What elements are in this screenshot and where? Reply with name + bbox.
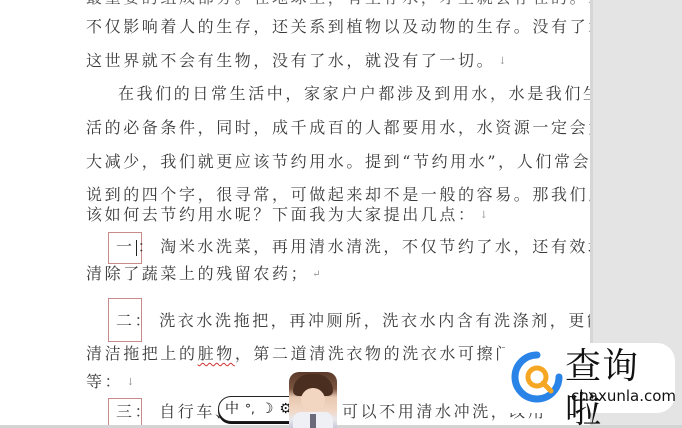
avatar-face	[301, 388, 325, 412]
doc-line-0: 最重要的组成部分。在地球上，有生存水，才生就会存在的。水	[86, 0, 607, 8]
item-1-line-2-text: 清除了蔬菜上的残留农药；	[86, 264, 309, 283]
paragraph-mark: ↓	[126, 377, 134, 388]
item-2-line-2-pre: 清洁拖把上的	[86, 344, 198, 363]
doc-line-7: 该如何去节约用水呢？下面我为大家提出几点：↓	[86, 205, 488, 226]
item-1-label: 一	[116, 237, 135, 256]
item-1-label-suffix: ：	[138, 237, 157, 256]
magnifier-logo-icon	[511, 351, 563, 403]
item-1-line-2: 清除了蔬菜上的残留农药；↵	[86, 264, 321, 285]
item-1-line-1[interactable]: 一：淘米水洗菜，再用清水清洗，不仅节约了水，还有效地	[116, 237, 607, 257]
paragraph-mark: ↓	[480, 210, 488, 221]
text-cursor	[136, 240, 137, 256]
doc-line-4: 活的必备条件，同时，成千成百的人都要用水，水资源一定会大	[86, 118, 607, 138]
word-processor-viewport: 最重要的组成部分。在地球上，有生存水，才生就会存在的。水 不仅影响着人的生存，还…	[0, 0, 682, 428]
item-1-text: 淘米水洗菜，再用清水清洗，不仅节约了水，还有效地	[160, 237, 606, 256]
paragraph-mark: ↓	[498, 56, 506, 67]
doc-line-1: 不仅影响着人的生存，还关系到植物以及动物的生存。没有了水，	[86, 17, 625, 37]
avatar-tie	[310, 414, 316, 428]
document-page[interactable]: 最重要的组成部分。在地球上，有生存水，才生就会存在的。水 不仅影响着人的生存，还…	[0, 0, 590, 428]
item-2-text: 洗衣水洗拖把，再冲厕所，洗衣水内含有洗涤剂，更能	[159, 311, 605, 330]
doc-line-6: 说到的四个字，很寻常，可做起来却不是一般的容易。那我们应	[86, 185, 607, 205]
moon-icon[interactable]: ☽	[261, 402, 274, 416]
item-2-line-3: 等：↓	[86, 372, 135, 393]
watermark-domain: chaxunla.com	[571, 387, 676, 405]
doc-line-2-text: 这世界就不会有生物，没有了水，就没有了一切。	[86, 51, 495, 70]
item-2-line-3-text: 等：	[86, 372, 123, 391]
item-2-label: 二：	[116, 311, 153, 330]
spelling-error[interactable]: 脏物	[198, 344, 235, 363]
doc-line-2: 这世界就不会有生物，没有了水，就没有了一切。↓	[86, 51, 507, 72]
item-2-line-1: 二：洗衣水洗拖把，再冲厕所，洗衣水内含有洗涤剂，更能	[116, 311, 606, 331]
doc-line-5: 大减少，我们就更应该节约用水。提到“节约用水”，人们常会	[86, 152, 591, 172]
paragraph-mark: ↵	[312, 269, 320, 280]
watermark-logo: 查询啦 chaxunla.com	[505, 343, 675, 413]
item-3-label: 三：	[116, 402, 153, 421]
ime-skin-avatar[interactable]	[289, 372, 337, 428]
ime-mode-toggle[interactable]: 中	[225, 402, 239, 416]
doc-line-3: 在我们的日常生活中，家家户户都涉及到用水，水是我们生	[118, 84, 602, 104]
doc-line-7-text: 该如何去节约用水呢？下面我为大家提出几点：	[86, 205, 477, 224]
punctuation-toggle[interactable]: °,	[245, 403, 255, 415]
